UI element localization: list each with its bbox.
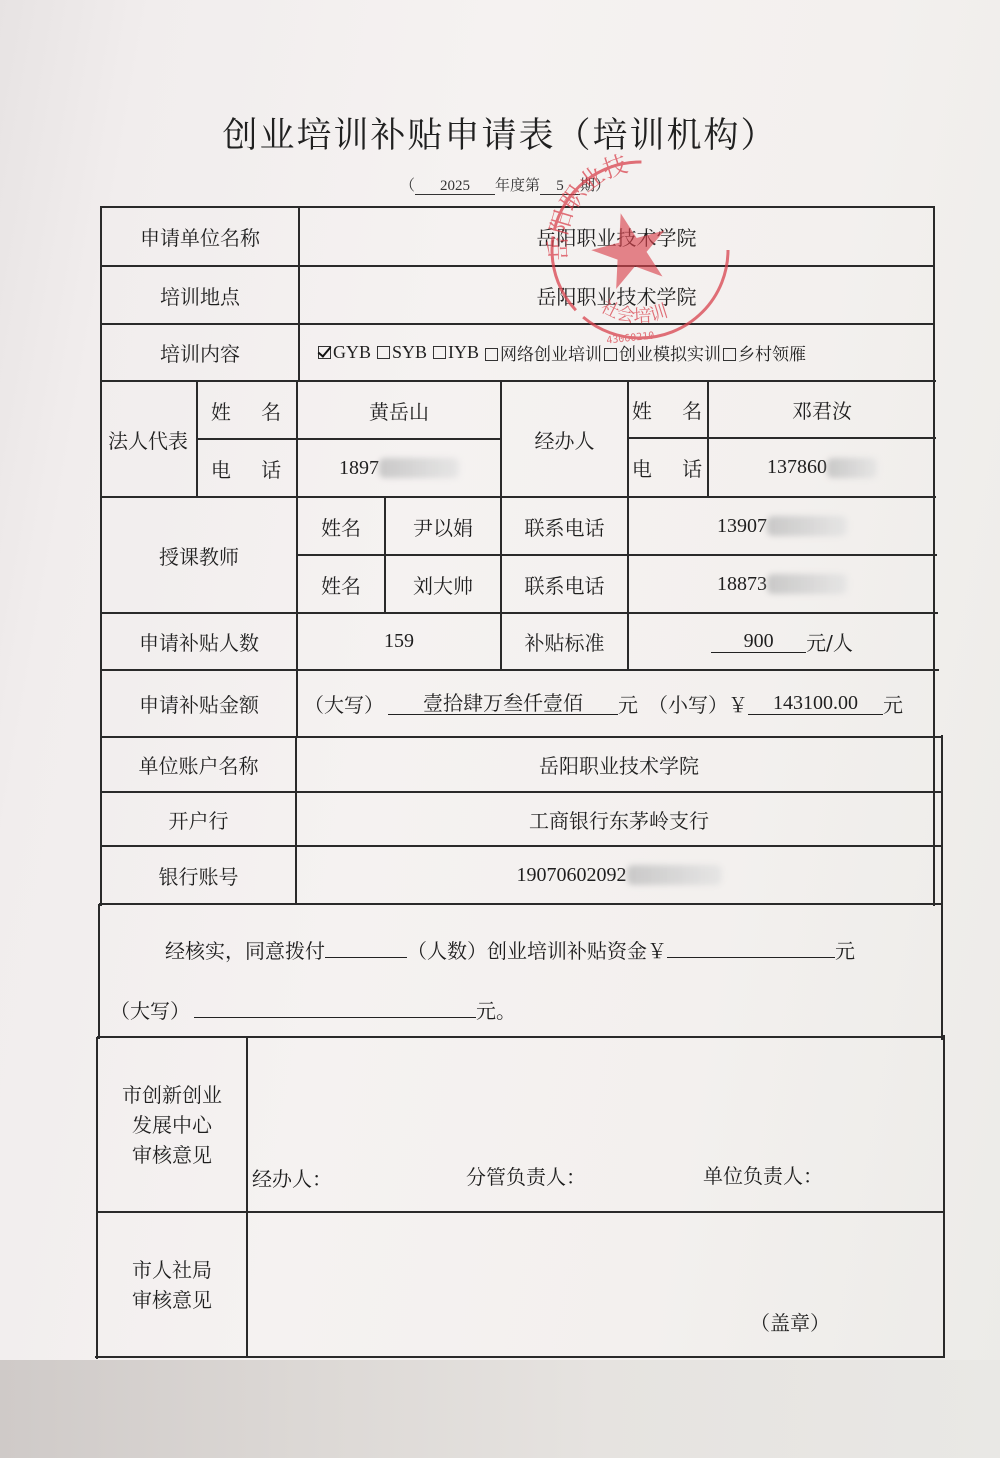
redaction-blur bbox=[827, 458, 877, 478]
subsidy-count-label: 申请补贴人数 bbox=[102, 614, 296, 669]
yuan-label-end: 元 bbox=[883, 689, 903, 718]
account-no-label: 银行账号 bbox=[102, 847, 295, 903]
subsidy-standard-label: 补贴标准 bbox=[502, 614, 627, 669]
bank-label: 开户行 bbox=[102, 793, 295, 845]
redaction-blur bbox=[767, 574, 847, 594]
verification-prefix: 经核实，同意拨付 bbox=[165, 939, 325, 963]
approved-amount-field[interactable] bbox=[667, 957, 835, 958]
lower-case-amount[interactable]: 143100.00 bbox=[748, 692, 883, 715]
handler-phone-field[interactable]: 137860 bbox=[709, 439, 935, 496]
approved-upper-amount-field[interactable] bbox=[194, 1017, 476, 1018]
checkbox-icon[interactable] bbox=[433, 346, 446, 359]
teacher-2-phone-label: 联系电话 bbox=[502, 556, 627, 612]
account-name-label: 单位账户名称 bbox=[102, 738, 295, 791]
option-iyb[interactable]: IYB bbox=[427, 342, 479, 363]
location-label: 培训地点 bbox=[102, 267, 298, 323]
label-line: 审核意见 bbox=[132, 1140, 212, 1170]
lower-case-label: （小写）￥ bbox=[648, 689, 748, 718]
verification-suffix: 元 bbox=[835, 939, 855, 963]
label-line: 审核意见 bbox=[132, 1285, 212, 1315]
period-line: （2025年度第5期） bbox=[400, 174, 610, 195]
subsidy-standard-field[interactable]: 900元/人 bbox=[629, 614, 935, 669]
approved-count-field[interactable] bbox=[325, 957, 407, 958]
handler-name-field[interactable]: 邓君汝 bbox=[709, 382, 935, 437]
form-title: 创业培训补贴申请表（培训机构） bbox=[0, 108, 1000, 158]
account-no-field[interactable]: 19070602092 bbox=[297, 847, 941, 903]
teacher-1-name-label: 姓名 bbox=[298, 498, 384, 554]
center-review-label: 市创新创业 发展中心 审核意见 bbox=[98, 1038, 246, 1211]
year-field[interactable]: 2025 bbox=[415, 178, 495, 195]
account-visible-digits: 19070602092 bbox=[517, 864, 627, 887]
subsidy-amount-field: （大写） 壹拾肆万叁仟壹佰 元 （小写）￥ 143100.00 元 bbox=[298, 671, 942, 736]
legal-rep-name-label: 姓 名 bbox=[198, 382, 296, 438]
checkbox-checked-icon[interactable] bbox=[318, 346, 331, 359]
teacher-1-phone-field[interactable]: 13907 bbox=[629, 498, 935, 554]
yuan-label: 元。 bbox=[476, 999, 516, 1023]
legal-rep-name-field[interactable]: 黄岳山 bbox=[298, 382, 500, 438]
legal-rep-phone-field[interactable]: 1897 bbox=[298, 440, 500, 496]
subsidy-amount-label: 申请补贴金额 bbox=[102, 671, 296, 736]
phone-visible-digits: 18873 bbox=[717, 573, 767, 596]
verification-line-2: （大写）元。 bbox=[110, 995, 516, 1024]
yuan-label: 元 bbox=[618, 689, 638, 718]
period-open: （ bbox=[400, 178, 415, 194]
bureau-review-area[interactable] bbox=[248, 1213, 942, 1356]
unit-name-field[interactable]: 岳阳职业技术学院 bbox=[300, 208, 933, 265]
option-label: GYB bbox=[333, 342, 371, 362]
bureau-review-label: 市人社局 审核意见 bbox=[98, 1213, 246, 1356]
teacher-1-phone-label: 联系电话 bbox=[502, 498, 627, 554]
center-unit-head-label: 单位负责人： bbox=[703, 1160, 823, 1189]
option-label: 创业模拟实训 bbox=[619, 345, 721, 365]
checkbox-icon[interactable] bbox=[723, 348, 736, 361]
teacher-2-name-label: 姓名 bbox=[298, 556, 384, 612]
location-field[interactable]: 岳阳职业技术学院 bbox=[300, 267, 933, 323]
unit-name-label: 申请单位名称 bbox=[102, 208, 298, 265]
teacher-2-phone-field[interactable]: 18873 bbox=[629, 556, 935, 612]
verification-line-1: 经核实，同意拨付（人数）创业培训补贴资金￥元 bbox=[165, 935, 855, 964]
option-simulation[interactable]: 创业模拟实训 bbox=[602, 340, 721, 365]
bank-name-field[interactable]: 工商银行东茅岭支行 bbox=[297, 793, 941, 845]
content-label: 培训内容 bbox=[102, 325, 298, 380]
center-review-area[interactable] bbox=[248, 1038, 942, 1211]
redaction-blur bbox=[767, 516, 847, 536]
handler-name-label: 姓 名 bbox=[629, 382, 707, 437]
page-shadow bbox=[0, 1360, 1000, 1458]
standard-unit: 元/人 bbox=[806, 627, 853, 656]
subsidy-count-field[interactable]: 159 bbox=[298, 614, 500, 669]
standard-amount: 900 bbox=[711, 630, 806, 653]
year-suffix: 年度第 bbox=[495, 178, 540, 194]
phone-visible-digits: 137860 bbox=[767, 456, 827, 479]
legal-rep-label: 法人代表 bbox=[100, 382, 196, 496]
phone-visible-digits: 13907 bbox=[717, 515, 767, 538]
seal-label: （盖章） bbox=[750, 1307, 830, 1336]
center-supervisor-label: 分管负责人： bbox=[466, 1161, 586, 1190]
teacher-1-name-field[interactable]: 尹以娟 bbox=[386, 498, 500, 554]
option-online[interactable]: 网络创业培训 bbox=[479, 340, 602, 365]
upper-case-label: （大写） bbox=[110, 999, 190, 1023]
checkbox-icon[interactable] bbox=[604, 348, 617, 361]
account-name-field[interactable]: 岳阳职业技术学院 bbox=[297, 738, 941, 791]
checkbox-icon[interactable] bbox=[377, 346, 390, 359]
phase-suffix: 期） bbox=[580, 178, 610, 194]
checkbox-icon[interactable] bbox=[485, 348, 498, 361]
option-label: 网络创业培训 bbox=[500, 345, 602, 365]
phase-field[interactable]: 5 bbox=[540, 178, 580, 195]
label-line: 市创新创业 bbox=[122, 1080, 222, 1110]
option-gyb[interactable]: GYB bbox=[312, 342, 371, 363]
phone-visible-digits: 1897 bbox=[339, 457, 379, 480]
option-label: 乡村领雁 bbox=[738, 345, 806, 365]
redaction-blur bbox=[379, 458, 459, 478]
center-handler-label: 经办人： bbox=[252, 1163, 332, 1192]
label-line: 发展中心 bbox=[132, 1110, 212, 1140]
option-label: IYB bbox=[448, 342, 479, 362]
option-label: SYB bbox=[392, 342, 427, 362]
teacher-2-name-field[interactable]: 刘大帅 bbox=[386, 556, 500, 612]
handler-label: 经办人 bbox=[502, 382, 627, 496]
upper-case-label: （大写） bbox=[304, 689, 384, 718]
handler-phone-label: 电 话 bbox=[629, 439, 707, 496]
redaction-blur bbox=[627, 865, 722, 885]
training-content-options: GYB SYB IYB 网络创业培训 创业模拟实训 乡村领雁 bbox=[300, 325, 933, 380]
legal-rep-phone-label: 电 话 bbox=[198, 440, 296, 496]
verification-mid: （人数）创业培训补贴资金￥ bbox=[407, 939, 667, 963]
upper-case-amount[interactable]: 壹拾肆万叁仟壹佰 bbox=[388, 692, 618, 715]
option-syb[interactable]: SYB bbox=[371, 342, 427, 363]
teachers-label: 授课教师 bbox=[102, 498, 296, 612]
option-rural[interactable]: 乡村领雁 bbox=[721, 340, 806, 365]
label-line: 市人社局 bbox=[132, 1255, 212, 1285]
